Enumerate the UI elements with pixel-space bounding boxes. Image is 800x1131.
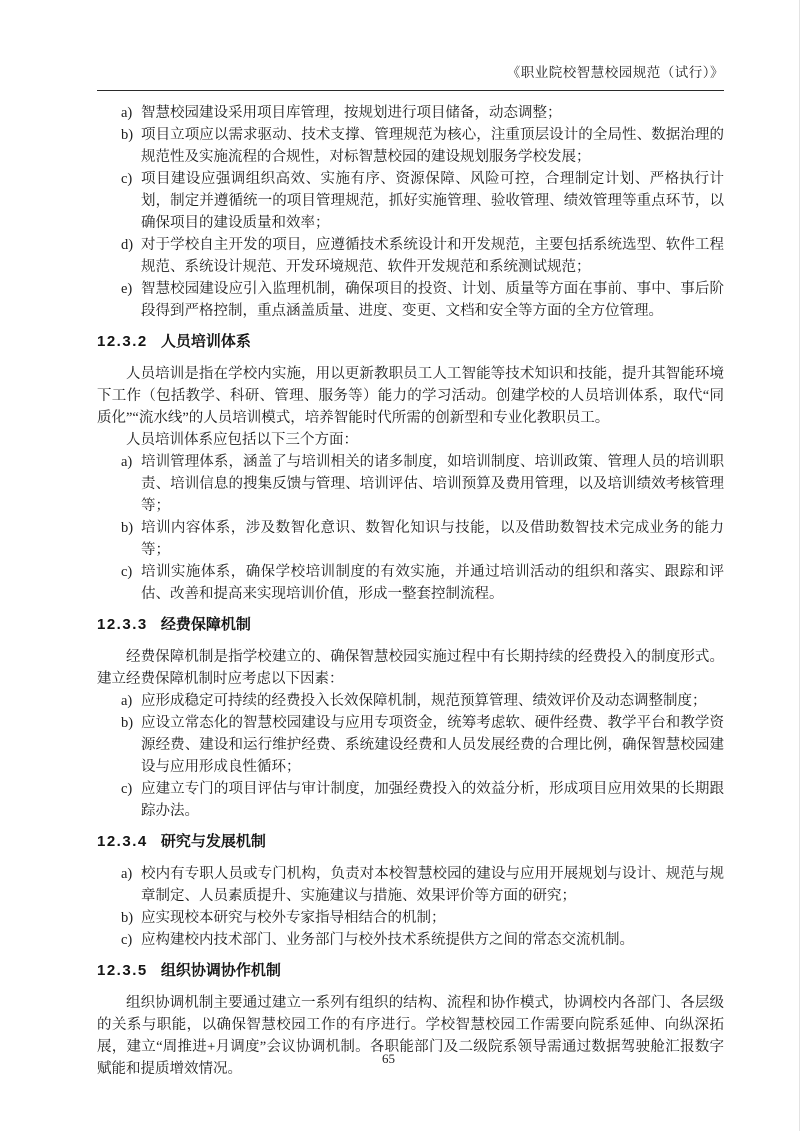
page-number: 65 <box>382 1051 395 1066</box>
continued-list: a) 智慧校园建设采用项目库管理，按规划进行项目储备，动态调整； b) 项目立项… <box>97 102 724 322</box>
paragraph: 经费保障机制是指学校建立的、确保智慧校园实施过程中有长期持续的经费投入的制度形式… <box>97 646 724 690</box>
document-page: 《职业院校智慧校园规范（试行）》 a) 智慧校园建设采用项目库管理，按规划进行项… <box>0 0 800 1131</box>
list-item: a) 校内有专职人员或专门机构，负责对本校智慧校园的建设与应用开展规划与设计、规… <box>97 863 724 907</box>
list-item-marker: a) <box>121 102 132 124</box>
list-item-marker: b) <box>121 907 133 929</box>
list-item-marker: a) <box>121 451 132 473</box>
list-item-text: 培训实施体系，确保学校培训制度的有效实施，并通过培训活动的组织和落实、跟踪和评估… <box>141 564 724 602</box>
list-item-marker: a) <box>121 690 132 712</box>
list-item: c) 培训实施体系，确保学校培训制度的有效实施，并通过培训活动的组织和落实、跟踪… <box>97 561 724 605</box>
list-item-marker: c) <box>121 929 132 951</box>
list-item-text: 智慧校园建设应引入监理机制，确保项目的投资、计划、质量等方面在事前、事中、事后阶… <box>141 281 724 319</box>
list-item-text: 项目立项应以需求驱动、技术支撑、管理规范为核心，注重顶层设计的全局性、数据治理的… <box>141 127 724 165</box>
list-item-marker: c) <box>121 778 132 800</box>
section-number: 12.3.4 <box>97 833 148 850</box>
section-heading: 12.3.4 研究与发展机制 <box>97 831 724 853</box>
list-item-text: 对于学校自主开发的项目，应遵循技术系统设计和开发规范，主要包括系统选型、软件工程… <box>141 237 724 275</box>
list-item: d) 对于学校自主开发的项目，应遵循技术系统设计和开发规范，主要包括系统选型、软… <box>97 234 724 278</box>
section-number: 12.3.5 <box>97 962 148 979</box>
section-12-3-2: 12.3.2 人员培训体系 人员培训是指在学校内实施，用以更新教职员工人工智能等… <box>97 331 724 605</box>
section-title: 人员培训体系 <box>161 333 251 350</box>
section-heading: 12.3.2 人员培训体系 <box>97 331 724 353</box>
section-number: 12.3.3 <box>97 616 148 633</box>
list-item-text: 培训管理体系，涵盖了与培训相关的诸多制度，如培训制度、培训政策、管理人员的培训职… <box>141 454 724 514</box>
page-content: a) 智慧校园建设采用项目库管理，按规划进行项目储备，动态调整； b) 项目立项… <box>97 91 724 1080</box>
section-heading: 12.3.5 组织协调协作机制 <box>97 960 724 982</box>
list-item: e) 智慧校园建设应引入监理机制，确保项目的投资、计划、质量等方面在事前、事中、… <box>97 278 724 322</box>
list-item-marker: c) <box>121 168 132 190</box>
list-item: b) 培训内容体系，涉及数智化意识、数智化知识与技能，以及借助数智技术完成业务的… <box>97 517 724 561</box>
list-item: a) 应形成稳定可持续的经费投入长效保障机制，规范预算管理、绩效评价及动态调整制… <box>97 690 724 712</box>
list-item-marker: b) <box>121 124 133 146</box>
list-item: c) 应建立专门的项目评估与审计制度，加强经费投入的效益分析，形成项目应用效果的… <box>97 778 724 822</box>
list-item-marker: e) <box>121 278 132 300</box>
list-item-text: 校内有专职人员或专门机构，负责对本校智慧校园的建设与应用开展规划与设计、规范与规… <box>141 866 724 904</box>
list-item: a) 培训管理体系，涵盖了与培训相关的诸多制度，如培训制度、培训政策、管理人员的… <box>97 451 724 517</box>
list-item: b) 应设立常态化的智慧校园建设与应用专项资金，统筹考虑软、硬件经费、教学平台和… <box>97 712 724 778</box>
list-item-marker: d) <box>121 234 133 256</box>
list-item-text: 应形成稳定可持续的经费投入长效保障机制，规范预算管理、绩效评价及动态调整制度； <box>141 693 707 709</box>
page-footer: 65 <box>0 1048 777 1070</box>
list-item-text: 应设立常态化的智慧校园建设与应用专项资金，统筹考虑软、硬件经费、教学平台和教学资… <box>141 715 724 775</box>
document-title: 《职业院校智慧校园规范（试行）》 <box>507 65 724 80</box>
list-item-marker: b) <box>121 517 133 539</box>
page-header: 《职业院校智慧校园规范（试行）》 <box>97 62 724 91</box>
list-item-marker: b) <box>121 712 133 734</box>
section-title: 经费保障机制 <box>161 616 251 633</box>
list-item-text: 应建立专门的项目评估与审计制度，加强经费投入的效益分析，形成项目应用效果的长期跟… <box>141 781 724 819</box>
section-title: 研究与发展机制 <box>161 833 266 850</box>
list-item-text: 项目建设应强调组织高效、实施有序、资源保障、风险可控，合理制定计划、严格执行计划… <box>141 171 724 231</box>
paragraph: 人员培训是指在学校内实施，用以更新教职员工人工智能等技术知识和技能，提升其智能环… <box>97 363 724 429</box>
list-item-text: 培训内容体系，涉及数智化意识、数智化知识与技能，以及借助数智技术完成业务的能力等… <box>141 520 724 558</box>
section-number: 12.3.2 <box>97 333 148 350</box>
list-item-marker: a) <box>121 863 132 885</box>
list-item-marker: c) <box>121 561 132 583</box>
list-item-text: 应实现校本研究与校外专家指导相结合的机制； <box>141 910 446 926</box>
list-item: c) 项目建设应强调组织高效、实施有序、资源保障、风险可控，合理制定计划、严格执… <box>97 168 724 234</box>
list-item-text: 智慧校园建设采用项目库管理，按规划进行项目储备，动态调整； <box>141 105 562 121</box>
section-12-3-4: 12.3.4 研究与发展机制 a) 校内有专职人员或专门机构，负责对本校智慧校园… <box>97 831 724 951</box>
paragraph: 人员培训体系应包括以下三个方面： <box>97 429 724 451</box>
list-item: b) 应实现校本研究与校外专家指导相结合的机制； <box>97 907 724 929</box>
list-item-text: 应构建校内技术部门、业务部门与校外技术系统提供方之间的常态交流机制。 <box>141 932 634 948</box>
section-12-3-3: 12.3.3 经费保障机制 经费保障机制是指学校建立的、确保智慧校园实施过程中有… <box>97 614 724 822</box>
section-title: 组织协调协作机制 <box>161 962 281 979</box>
list-item: b) 项目立项应以需求驱动、技术支撑、管理规范为核心，注重顶层设计的全局性、数据… <box>97 124 724 168</box>
list-item: a) 智慧校园建设采用项目库管理，按规划进行项目储备，动态调整； <box>97 102 724 124</box>
section-heading: 12.3.3 经费保障机制 <box>97 614 724 636</box>
list-item: c) 应构建校内技术部门、业务部门与校外技术系统提供方之间的常态交流机制。 <box>97 929 724 951</box>
